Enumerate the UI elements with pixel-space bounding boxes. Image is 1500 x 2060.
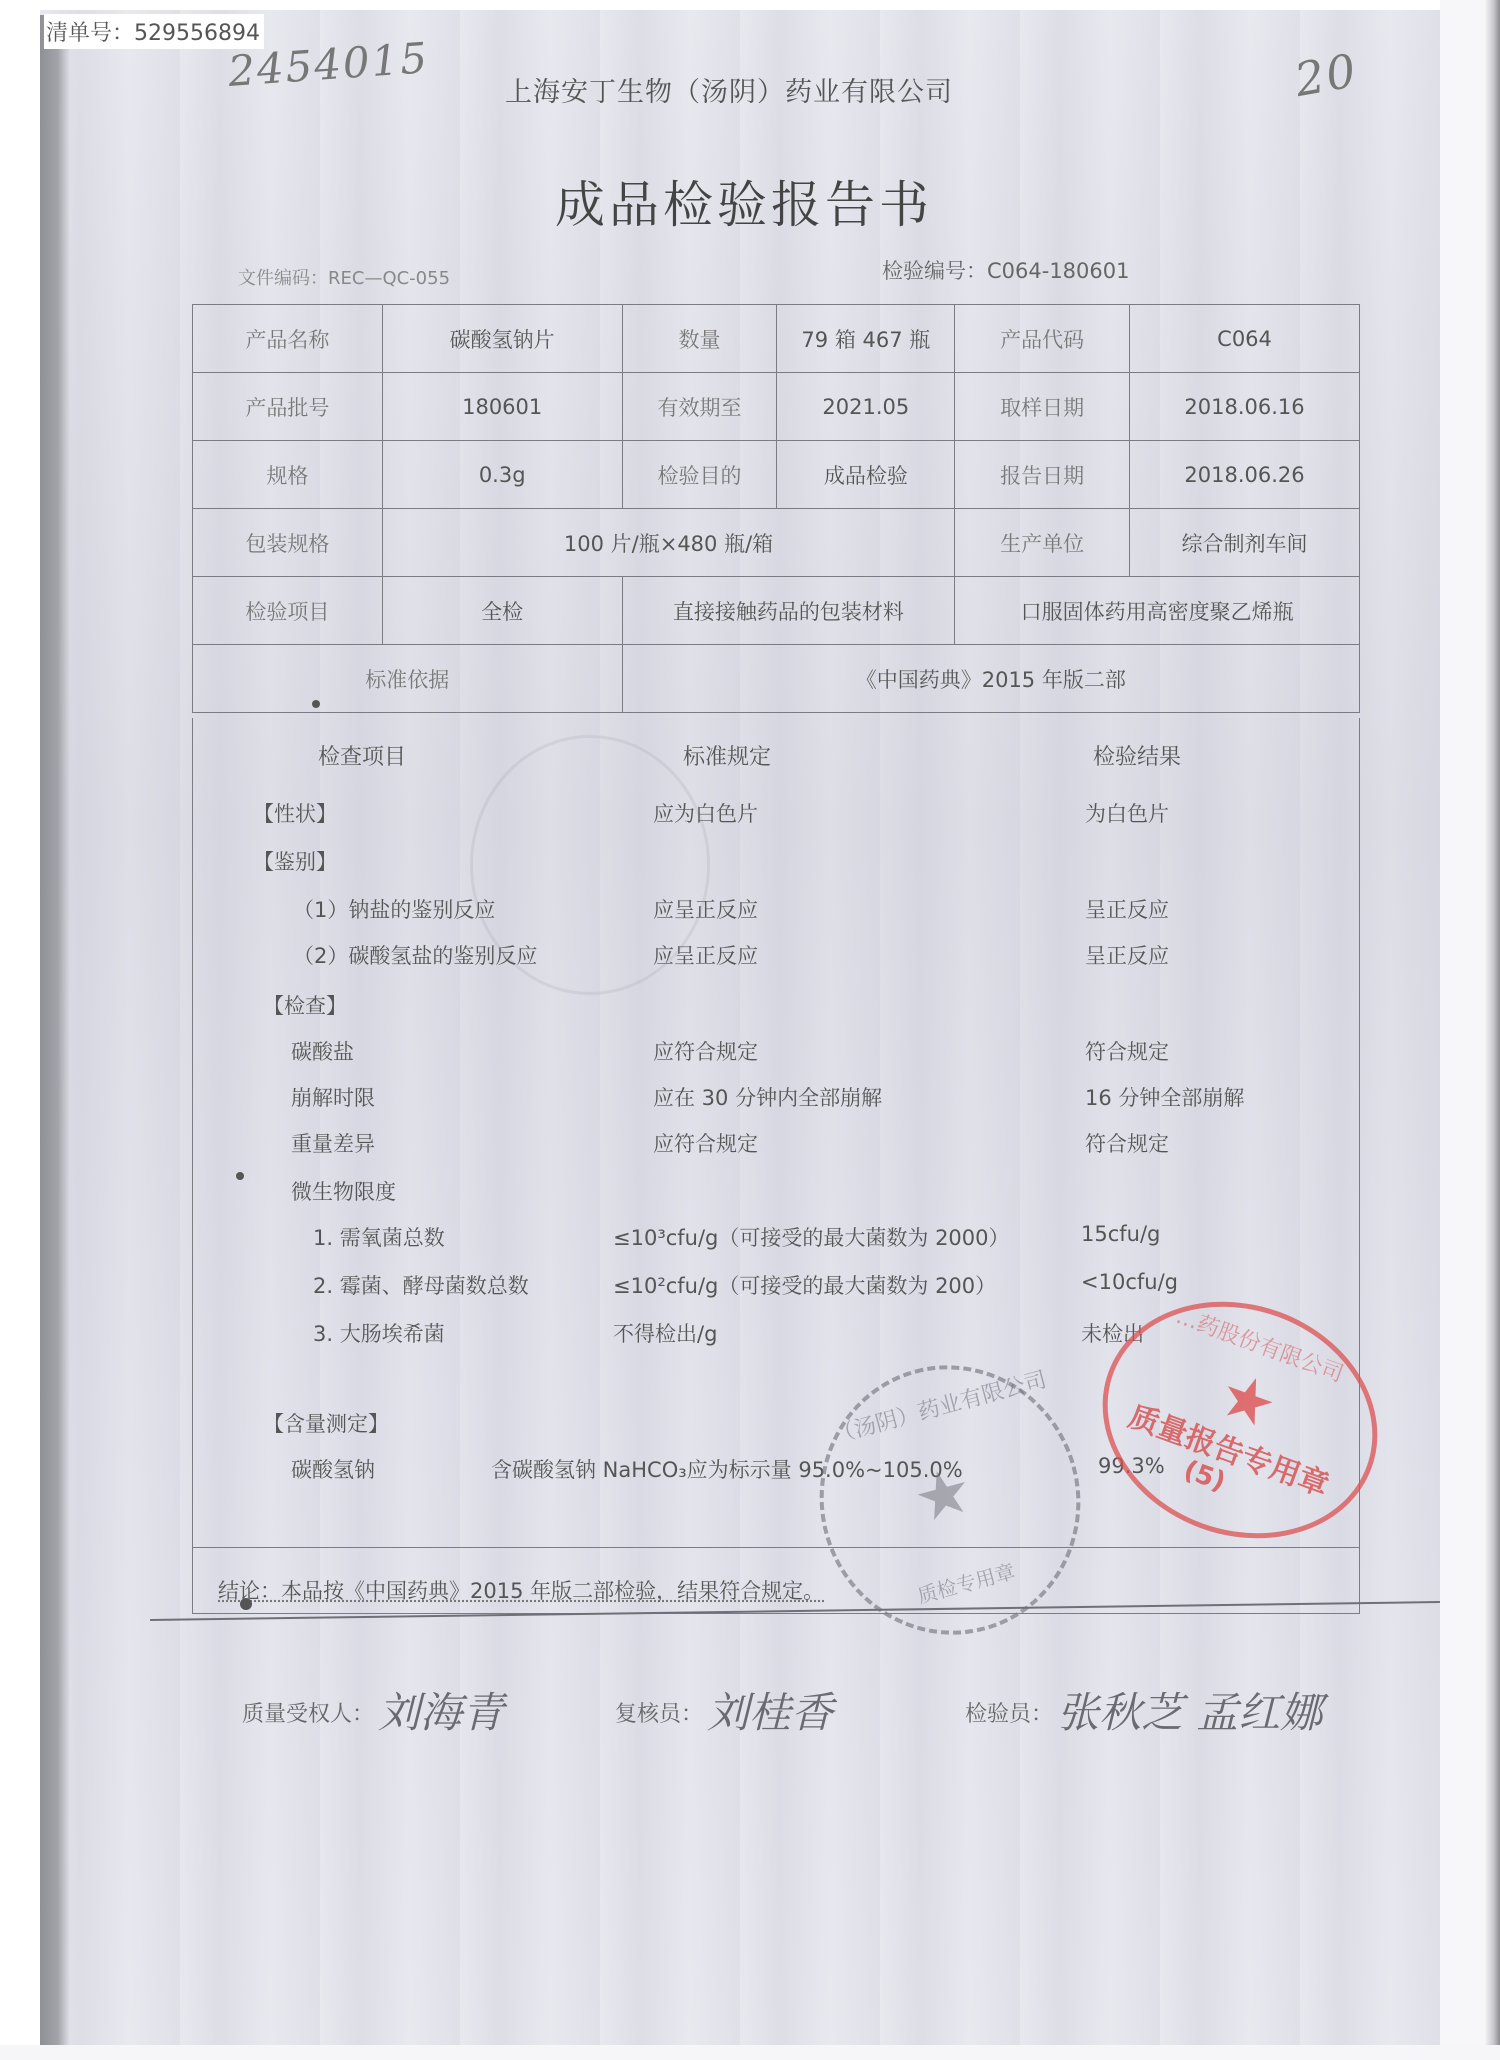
test-standard: 应符合规定 [653, 1128, 758, 1158]
quantity-label: 数量 [622, 305, 777, 373]
product-code-label: 产品代码 [955, 305, 1130, 373]
info-row: 检验项目 全检 直接接触药品的包装材料 口服固体药用高密度聚乙烯瓶 [193, 577, 1360, 645]
conclusion-text: 结论：本品按《中国药典》2015 年版二部检验，结果符合规定。 [218, 1575, 824, 1605]
test-standard: 应呈正反应 [653, 894, 758, 924]
test-result: 符合规定 [1085, 1128, 1169, 1158]
standard: 《中国药典》2015 年版二部 [622, 645, 1359, 713]
scan-margin-bottom [0, 2045, 1500, 2060]
test-items: 全检 [382, 577, 622, 645]
test-item: 【鉴别】 [253, 846, 337, 876]
packaging-material-label: 直接接触药品的包装材料 [622, 577, 955, 645]
batch-number: 180601 [382, 373, 622, 441]
qa-label: 质量受权人： [242, 1702, 374, 1727]
test-result: 15cfu/g [1081, 1222, 1160, 1246]
test-standard: 应符合规定 [653, 1036, 758, 1066]
test-result: 呈正反应 [1085, 940, 1169, 970]
test-item: 3. 大肠埃希菌 [313, 1318, 445, 1348]
expiry-label: 有效期至 [622, 373, 777, 441]
handwritten-page-number: 20 [1291, 43, 1362, 107]
result-row: （2）碳酸氢盐的鉴别反应应呈正反应呈正反应 [193, 940, 1359, 970]
spec: 0.3g [382, 441, 622, 509]
result-header: 检验结果 [1093, 740, 1181, 771]
scan-speck [236, 1172, 244, 1180]
packaging-material: 口服固体药用高密度聚乙烯瓶 [955, 577, 1360, 645]
result-row: （1）钠盐的鉴别反应应呈正反应呈正反应 [193, 894, 1359, 924]
quantity: 79 箱 467 瓶 [777, 305, 955, 373]
test-result: <10cfu/g [1081, 1270, 1178, 1294]
inspector-signature-name: 张秋芝 孟红娜 [1057, 1688, 1322, 1737]
standard-label: 标准依据 [193, 645, 623, 713]
test-item: 【含量测定】 [263, 1408, 389, 1438]
test-item: 微生物限度 [291, 1176, 396, 1206]
test-standard: ≤10³cfu/g（可接受的最大菌数为 2000） [613, 1222, 1010, 1252]
test-standard: 不得检出/g [613, 1318, 717, 1348]
product-name: 碳酸氢钠片 [382, 305, 622, 373]
result-row: 【鉴别】 [193, 846, 1359, 876]
result-row: 【性状】应为白色片为白色片 [193, 798, 1359, 828]
test-item: 2. 霉菌、酵母菌数总数 [313, 1270, 529, 1300]
test-result: 符合规定 [1085, 1036, 1169, 1066]
scan-edge-shadow-right [1484, 0, 1500, 2060]
inspector-signature: 检验员：张秋芝 孟红娜 [965, 1680, 1322, 1740]
purpose-label: 检验目的 [622, 441, 777, 509]
test-result: 16 分钟全部崩解 [1085, 1082, 1244, 1112]
qa-signature-name: 刘海青 [378, 1688, 504, 1737]
info-row: 规格 0.3g 检验目的 成品检验 报告日期 2018.06.26 [193, 441, 1360, 509]
test-item: 碳酸氢钠 [291, 1454, 375, 1484]
scan-speck [240, 1598, 252, 1610]
producer-label: 生产单位 [955, 509, 1130, 577]
product-code: C064 [1130, 305, 1360, 373]
test-standard: 应呈正反应 [653, 940, 758, 970]
test-item: 【性状】 [253, 798, 337, 828]
sampling-date: 2018.06.16 [1130, 373, 1360, 441]
test-item: （2）碳酸氢盐的鉴别反应 [293, 940, 537, 970]
company-name: 上海安丁生物（汤阴）药业有限公司 [505, 70, 953, 109]
item-header: 检查项目 [318, 740, 406, 771]
sampling-date-label: 取样日期 [955, 373, 1130, 441]
reviewer-label: 复核员： [615, 1702, 703, 1727]
info-row: 标准依据 《中国药典》2015 年版二部 [193, 645, 1360, 713]
scan-margin [1440, 0, 1484, 2060]
test-result: 呈正反应 [1085, 894, 1169, 924]
scan-edge-shadow [40, 15, 70, 2045]
test-standard: ≤10²cfu/g（可接受的最大菌数为 200） [613, 1270, 996, 1300]
result-row: 崩解时限应在 30 分钟内全部崩解16 分钟全部崩解 [193, 1082, 1359, 1112]
result-row: 【检查】 [193, 990, 1359, 1020]
product-name-label: 产品名称 [193, 305, 383, 373]
purpose: 成品检验 [777, 441, 955, 509]
packaging-label: 包装规格 [193, 509, 383, 577]
reviewer-signature-name: 刘桂香 [707, 1688, 833, 1737]
report-date: 2018.06.26 [1130, 441, 1360, 509]
info-row: 产品名称 碳酸氢钠片 数量 79 箱 467 瓶 产品代码 C064 [193, 305, 1360, 373]
result-row: 重量差异应符合规定符合规定 [193, 1128, 1359, 1158]
result-row: 1. 需氧菌总数≤10³cfu/g（可接受的最大菌数为 2000）15cfu/g [193, 1222, 1359, 1252]
test-standard: 应在 30 分钟内全部崩解 [653, 1082, 882, 1112]
document-title: 成品检验报告书 [555, 165, 933, 237]
product-info-table: 产品名称 碳酸氢钠片 数量 79 箱 467 瓶 产品代码 C064 产品批号 … [192, 304, 1360, 713]
results-header: 检查项目 标准规定 检验结果 [193, 740, 1359, 770]
packaging: 100 片/瓶×480 瓶/箱 [382, 509, 955, 577]
report-date-label: 报告日期 [955, 441, 1130, 509]
reviewer-signature: 复核员：刘桂香 [615, 1680, 833, 1740]
expiry-date: 2021.05 [777, 373, 955, 441]
star-icon: ★ [906, 1452, 981, 1538]
test-item: 碳酸盐 [291, 1036, 354, 1066]
info-row: 包装规格 100 片/瓶×480 瓶/箱 生产单位 综合制剂车间 [193, 509, 1360, 577]
test-result: 为白色片 [1085, 798, 1169, 828]
result-row: 微生物限度 [193, 1176, 1359, 1206]
test-item: 重量差异 [291, 1128, 375, 1158]
test-item: 【检查】 [263, 990, 347, 1020]
inspector-label: 检验员： [965, 1702, 1053, 1727]
result-row: 2. 霉菌、酵母菌数总数≤10²cfu/g（可接受的最大菌数为 200）<10c… [193, 1270, 1359, 1300]
inspection-number: 检验编号：C064-180601 [882, 255, 1130, 285]
result-row: 碳酸盐应符合规定符合规定 [193, 1036, 1359, 1066]
test-standard: 应为白色片 [653, 798, 758, 828]
producer: 综合制剂车间 [1130, 509, 1360, 577]
test-item: 1. 需氧菌总数 [313, 1222, 445, 1252]
info-row: 产品批号 180601 有效期至 2021.05 取样日期 2018.06.16 [193, 373, 1360, 441]
test-item: 崩解时限 [291, 1082, 375, 1112]
file-code: 文件编码：REC—QC-055 [238, 264, 450, 290]
qa-signature: 质量受权人：刘海青 [242, 1680, 504, 1740]
batch-label: 产品批号 [193, 373, 383, 441]
test-item: （1）钠盐的鉴别反应 [293, 894, 495, 924]
test-items-label: 检验项目 [193, 577, 383, 645]
list-number: 清单号：529556894 [44, 14, 264, 49]
standard-header: 标准规定 [683, 740, 771, 771]
spec-label: 规格 [193, 441, 383, 509]
scan-speck [312, 700, 320, 708]
